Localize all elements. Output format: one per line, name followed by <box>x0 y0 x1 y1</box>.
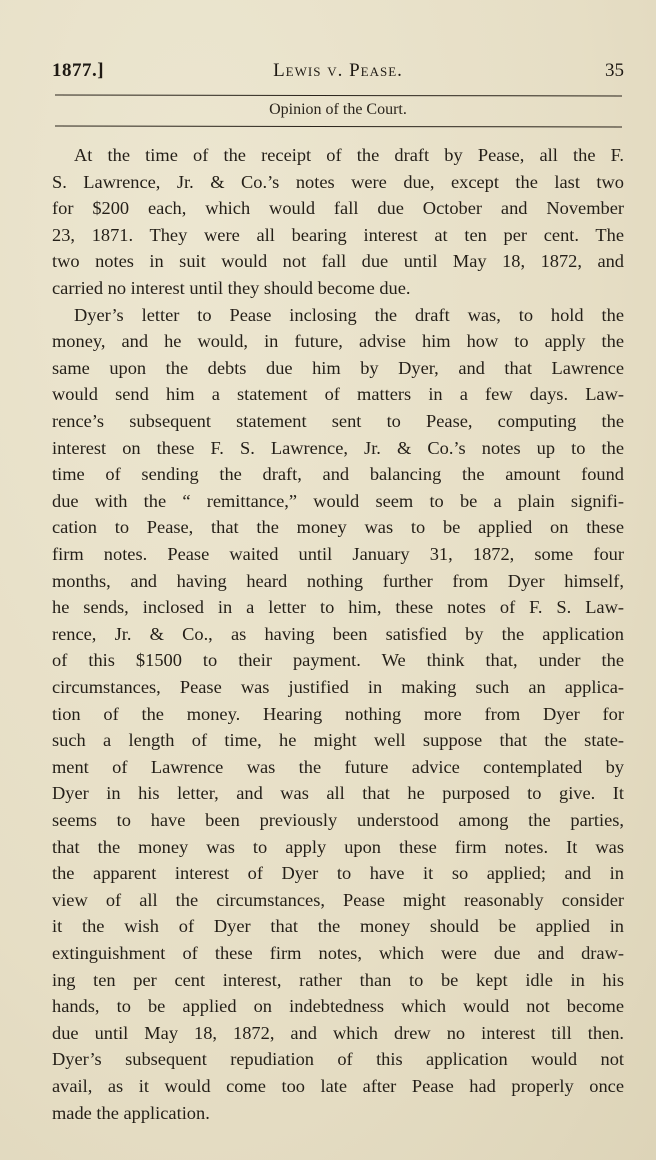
text-line: rence’s subsequent statement sent to Pea… <box>52 408 624 435</box>
text-line: S. Lawrence, Jr. & Co.’s notes were due,… <box>52 169 624 196</box>
text-line: such a length of time, he might well sup… <box>52 727 624 754</box>
text-line: ment of Lawrence was the future advice c… <box>52 754 624 781</box>
text-line: view of all the circumstances, Pease mig… <box>52 887 624 914</box>
text-line: due with the “ remittance,” would seem t… <box>52 488 624 515</box>
header-rule-bottom <box>55 126 622 128</box>
text-line: same upon the debts due him by Dyer, and… <box>52 355 624 382</box>
text-line: would send him a statement of matters in… <box>52 381 624 408</box>
text-line: for $200 each, which would fall due Octo… <box>52 195 624 222</box>
text-line: tion of the money. Hearing nothing more … <box>52 701 624 728</box>
text-line: he sends, inclosed in a letter to him, t… <box>52 594 624 621</box>
text-line: extinguishment of these firm notes, whic… <box>52 940 624 967</box>
text-line: made the application. <box>52 1100 624 1127</box>
text-line: Dyer in his letter, and was all that he … <box>52 780 624 807</box>
text-line: due until May 18, 1872, and which drew n… <box>52 1020 624 1047</box>
text-line: carried no interest until they should be… <box>52 275 624 302</box>
page-number: 35 <box>605 58 624 84</box>
text-line: it the wish of Dyer that the money shoul… <box>52 913 624 940</box>
running-head: 1877.] Lewis v. Pease. 35 <box>52 58 624 84</box>
text-line: avail, as it would come too late after P… <box>52 1073 624 1100</box>
text-line: Dyer’s letter to Pease inclosing the dra… <box>74 302 624 329</box>
text-line: At the time of the receipt of the draft … <box>74 142 624 169</box>
text-line: 23, 1871. They were all bearing interest… <box>52 222 624 249</box>
text-line: of this $1500 to their payment. We think… <box>52 647 624 674</box>
text-line: circumstances, Pease was justified in ma… <box>52 674 624 701</box>
text-line: the apparent interest of Dyer to have it… <box>52 860 624 887</box>
text-line: firm notes. Pease waited until January 3… <box>52 541 624 568</box>
text-line: seems to have been previously understood… <box>52 807 624 834</box>
text-line: Dyer’s subsequent repudiation of this ap… <box>52 1046 624 1073</box>
text-line: hands, to be applied on indebtedness whi… <box>52 993 624 1020</box>
text-line: money, and he would, in future, advise h… <box>52 328 624 355</box>
book-page: 1877.] Lewis v. Pease. 35 Opinion of the… <box>0 0 656 1160</box>
text-line: rence, Jr. & Co., as having been satisfi… <box>52 621 624 648</box>
text-line: ing ten per cent interest, rather than t… <box>52 967 624 994</box>
running-head-case-title: Lewis v. Pease. <box>52 58 624 84</box>
section-heading: Opinion of the Court. <box>52 97 624 123</box>
text-line: two notes in suit would not fall due unt… <box>52 248 624 275</box>
text-line: time of sending the draft, and balancing… <box>52 461 624 488</box>
text-line: cation to Pease, that the money was to b… <box>52 514 624 541</box>
text-line: interest on these F. S. Lawrence, Jr. & … <box>52 435 624 462</box>
text-line: that the money was to apply upon these f… <box>52 834 624 861</box>
text-line: months, and having heard nothing further… <box>52 568 624 595</box>
